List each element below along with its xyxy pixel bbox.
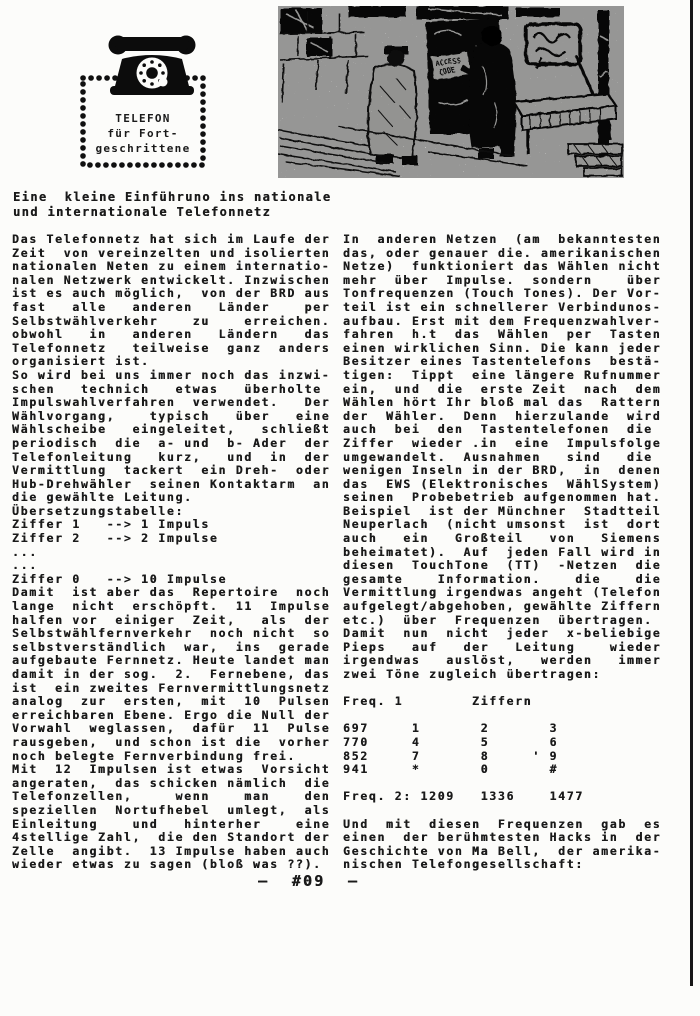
phone-handset [109,36,196,55]
phone-booth-scene-illustration: ACCESS CODE [278,6,624,178]
article-column-left: Das Telefonnetz hat sich im Laufe der Ze… [12,233,330,872]
article-column-right: In anderen Netzen (am bekanntesten das, … [343,233,661,872]
right-edge-rule [690,0,693,986]
logo-title-line-3: geschrittene [70,142,216,155]
page-number: — #09 — [258,872,359,890]
telefon-logo-box: TELEFON für Fort- geschrittene [70,28,230,176]
phone-body [110,55,194,95]
scanned-zine-page: TELEFON für Fort- geschrittene [0,0,700,1016]
logo-title-line-2: für Fort- [70,127,216,140]
logo-title-line-1: TELEFON [70,112,216,125]
intro-heading: Eine kleine Einführuno ins nationale und… [13,190,331,220]
ink-grain-overlay [278,6,624,178]
